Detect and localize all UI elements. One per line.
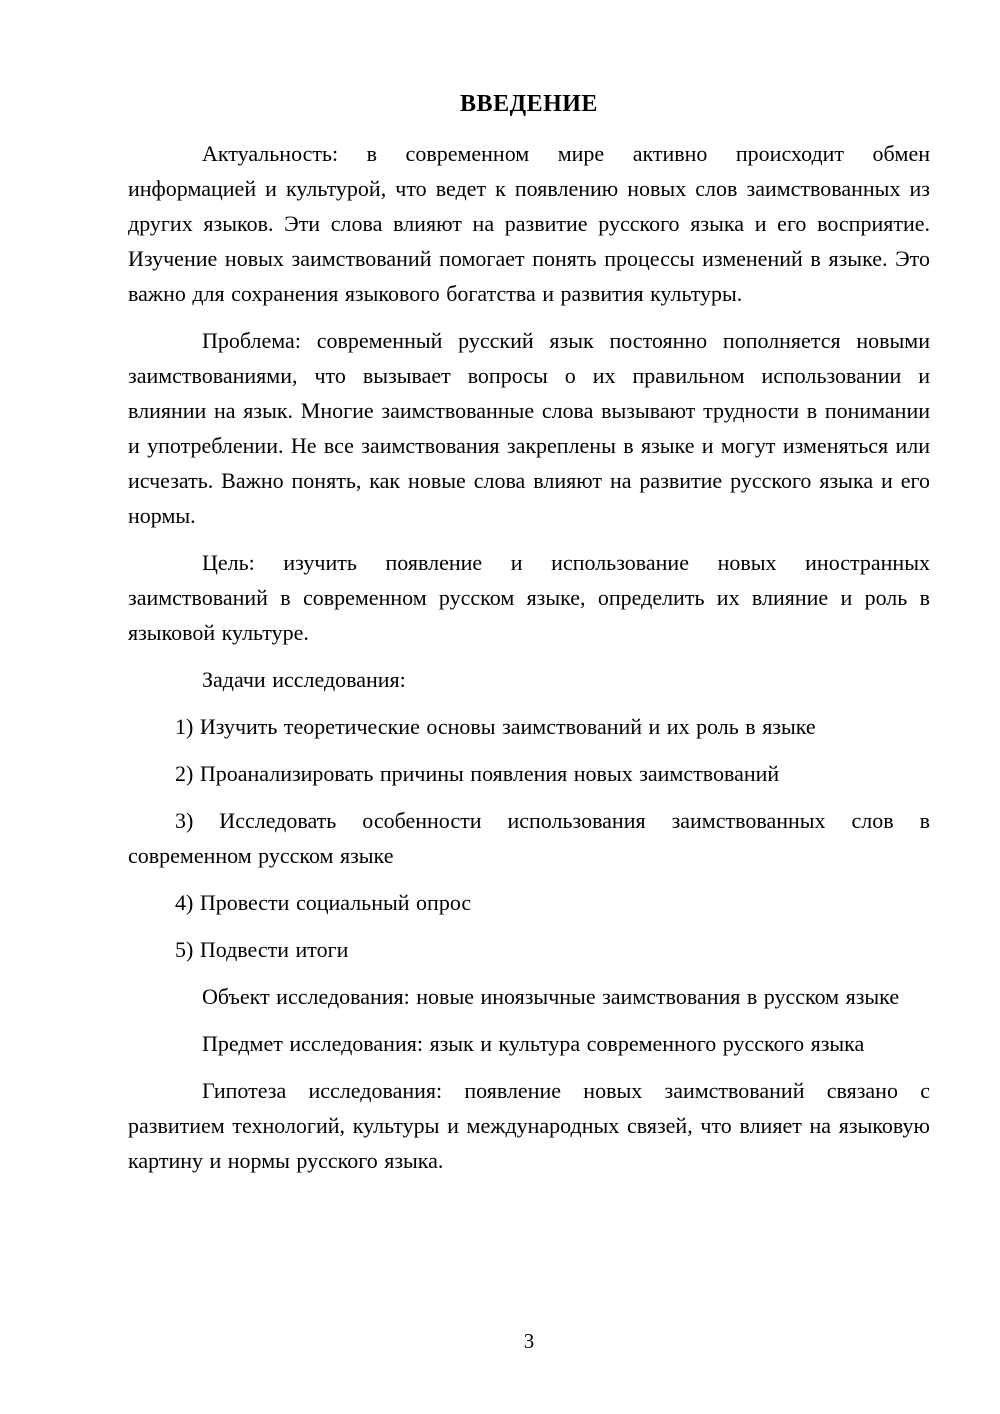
document-page: ВВЕДЕНИЕ Актуальность: в современном мир…: [0, 0, 1000, 1414]
paragraph-actuality: Актуальность: в современном мире активно…: [128, 136, 930, 311]
page-content: ВВЕДЕНИЕ Актуальность: в современном мир…: [128, 88, 930, 1190]
paragraph-problem: Проблема: современный русский язык посто…: [128, 323, 930, 533]
task-item-1: 1) Изучить теоретические основы заимство…: [128, 709, 930, 744]
task-item-5: 5) Подвести итоги: [128, 932, 930, 967]
paragraph-subject: Предмет исследования: язык и культура со…: [128, 1026, 930, 1061]
page-title: ВВЕДЕНИЕ: [128, 88, 930, 120]
tasks-list: 1) Изучить теоретические основы заимство…: [128, 709, 930, 967]
paragraph-hypothesis: Гипотеза исследования: появление новых з…: [128, 1073, 930, 1178]
task-item-4: 4) Провести социальный опрос: [128, 885, 930, 920]
paragraph-object: Объект исследования: новые иноязычные за…: [128, 979, 930, 1014]
task-item-3: 3) Исследовать особенности использования…: [128, 803, 930, 873]
paragraph-tasks-heading: Задачи исследования:: [128, 662, 930, 697]
paragraph-goal: Цель: изучить появление и использование …: [128, 545, 930, 650]
page-number: 3: [128, 1326, 930, 1356]
task-item-2: 2) Проанализировать причины появления но…: [128, 756, 930, 791]
